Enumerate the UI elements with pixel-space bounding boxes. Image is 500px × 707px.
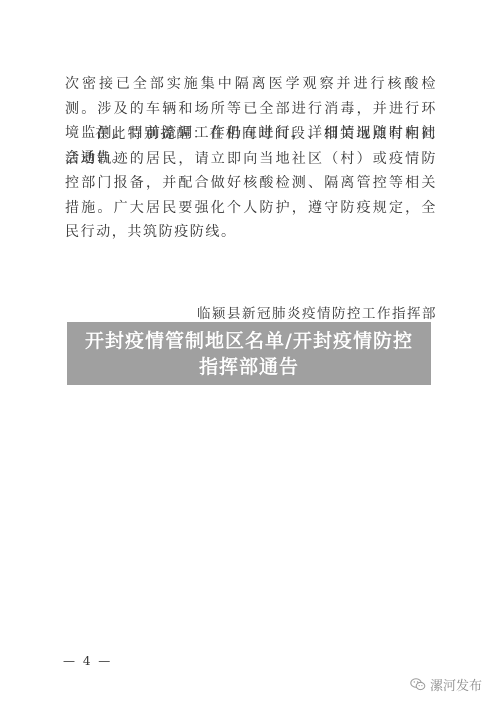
title-overlay-banner: 开封疫情管制地区名单/开封疫情防控指挥部通告 bbox=[67, 322, 431, 385]
document-page: 次密接已全部实施集中隔离医学观察并进行核酸检测。涉及的车辆和场所等已全部进行消毒… bbox=[0, 0, 500, 707]
watermark-label: 漯河发布 bbox=[430, 675, 482, 694]
wechat-icon bbox=[410, 678, 426, 691]
issuer-signature: 临颍县新冠肺炎疫情防控工作指挥部 bbox=[197, 302, 437, 322]
body-paragraph-2: 在此特别提醒：在相同时间段、相关地点有相同活动轨迹的居民，请立即向当地社区（村）… bbox=[65, 122, 437, 245]
article-title: 开封疫情管制地区名单/开封疫情防控指挥部通告 bbox=[79, 328, 419, 380]
source-watermark: 漯河发布 bbox=[410, 675, 482, 694]
page-number: — 4 — bbox=[63, 654, 112, 668]
